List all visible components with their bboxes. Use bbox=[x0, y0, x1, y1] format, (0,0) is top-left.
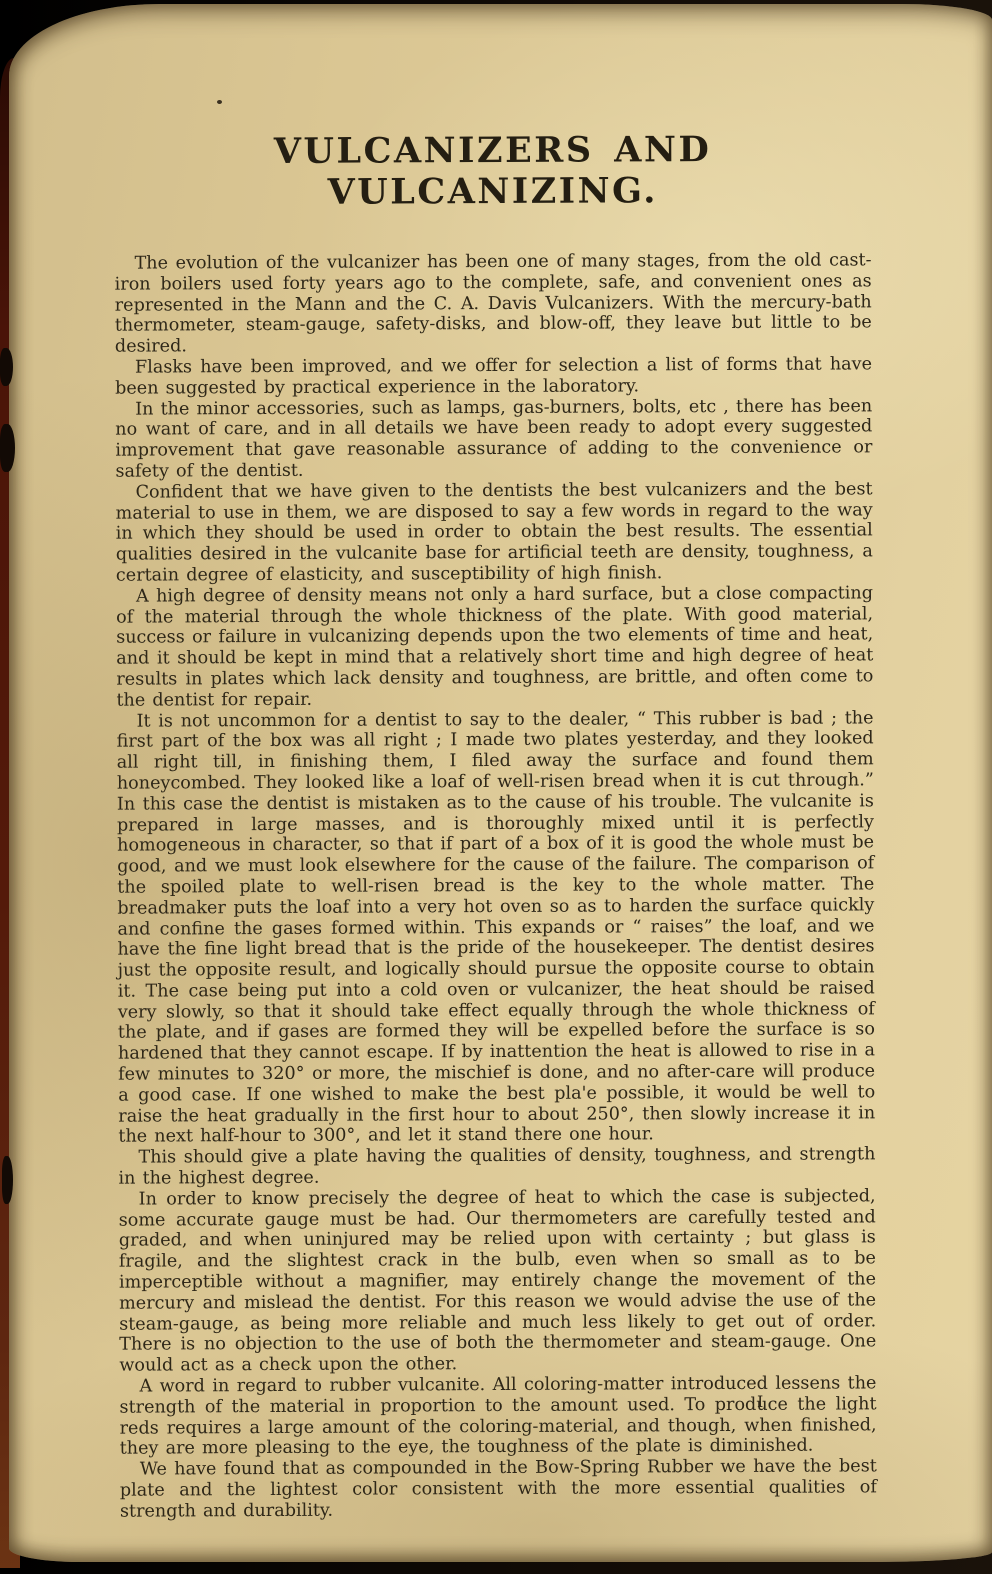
body-paragraph: Flasks have been improved, and we offer … bbox=[115, 354, 872, 399]
body-paragraph: We have found that as compounded in the … bbox=[120, 1457, 877, 1523]
body-paragraph: It is not uncommon for a dentist to say … bbox=[116, 708, 875, 1148]
page-number: I bbox=[757, 1392, 764, 1411]
binding-mark bbox=[2, 1156, 13, 1204]
body-paragraph: This should give a plate having the qual… bbox=[118, 1145, 875, 1190]
book-page: VULCANIZERS AND VULCANIZING. The evoluti… bbox=[9, 4, 992, 1562]
scanned-book-photo: VULCANIZERS AND VULCANIZING. The evoluti… bbox=[0, 0, 992, 1574]
body-text: The evolution of the vulcanizer has been… bbox=[115, 250, 878, 1522]
body-paragraph: A word in regard to rubber vulcanite. Al… bbox=[119, 1373, 876, 1459]
page-title: VULCANIZERS AND VULCANIZING. bbox=[114, 128, 871, 213]
body-paragraph: The evolution of the vulcanizer has been… bbox=[115, 250, 872, 357]
body-paragraph: A high degree of density means not only … bbox=[116, 583, 874, 711]
binding-mark bbox=[0, 424, 15, 472]
binding-mark bbox=[0, 348, 13, 386]
page-content: VULCANIZERS AND VULCANIZING. The evoluti… bbox=[114, 128, 877, 1522]
body-paragraph: In the minor accessories, such as lamps,… bbox=[115, 396, 872, 482]
paper-speck bbox=[217, 100, 222, 104]
body-paragraph: Confident that we have given to the dent… bbox=[116, 479, 873, 586]
body-paragraph: In order to know precisely the degree of… bbox=[119, 1186, 877, 1376]
